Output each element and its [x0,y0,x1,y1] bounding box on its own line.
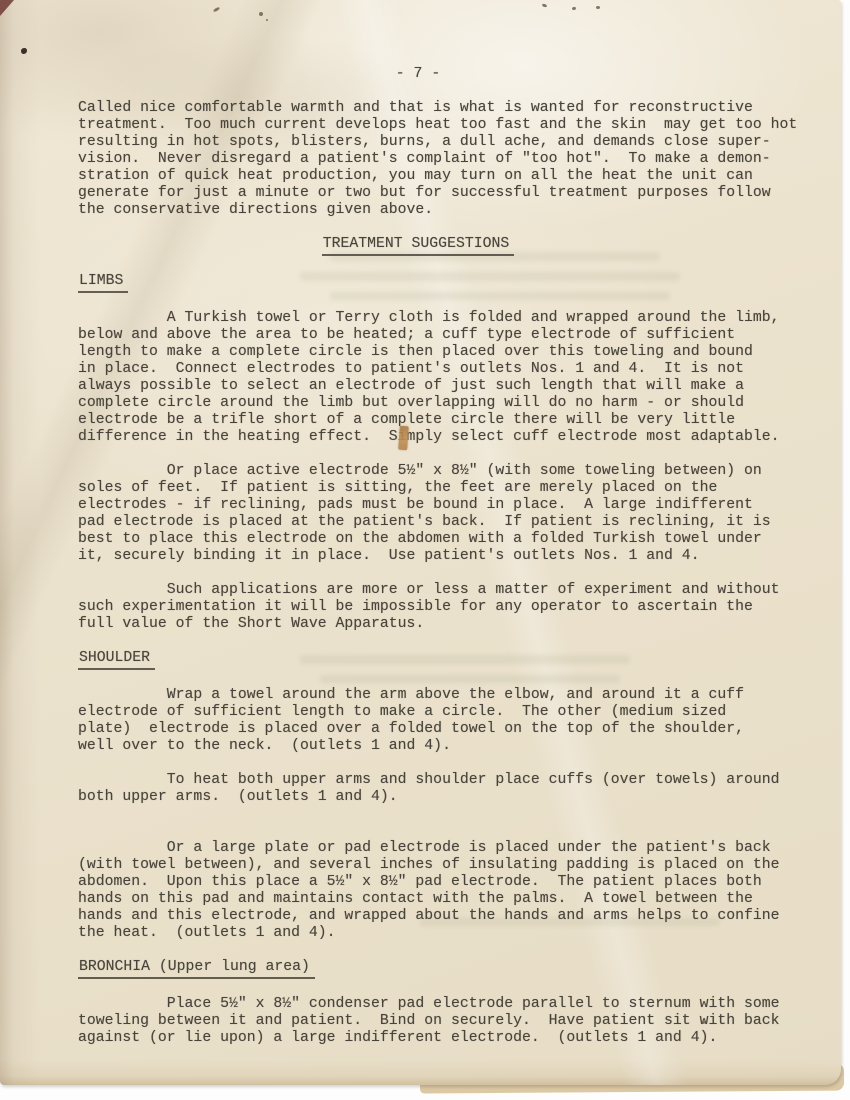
text-line: (with towel between), and several inches… [78,857,818,874]
ink-speck [21,48,27,54]
text-line: length to make a complete circle is then… [78,344,818,361]
text-line: the heat. (outlets 1 and 4). [78,925,818,942]
paragraph: Or a large plate or pad electrode is pla… [78,840,818,942]
paragraph: To heat both upper arms and shoulder pla… [78,772,818,806]
text-line: vision. Never disregard a patient's comp… [78,151,818,168]
text-line: against (or lie upon) a large indifferen… [78,1030,818,1047]
text-line: the conservative directions given above. [78,202,818,219]
text-line: To heat both upper arms and shoulder pla… [78,772,818,789]
paper-page: - 7 - Called nice comfortable warmth and… [0,0,841,1085]
text-line: electrodes - if reclining, pads must be … [78,497,818,514]
tape-stain-mark [398,426,409,451]
text-line: well over to the neck. (outlets 1 and 4)… [78,738,818,755]
section-heading-row: SHOULDER [78,650,818,670]
text-line: hands and this electrode, and wrapped ab… [78,908,818,925]
paragraph: Called nice comfortable warmth and that … [78,100,818,219]
scanned-document: - 7 - Called nice comfortable warmth and… [0,0,850,1100]
text-line: below and above the area to be heated; a… [78,327,818,344]
text-line: difference in the heating effect. Simply… [78,429,818,446]
ink-speck [259,12,263,16]
text-line: electrode be a trifle short of a complet… [78,412,818,429]
text-line: toweling between it and patient. Bind on… [78,1013,818,1030]
ink-speck [702,1021,705,1024]
text-line: always possible to select an electrode o… [78,378,818,395]
text-line: electrode of sufficient length to make a… [78,704,818,721]
text-line: Wrap a towel around the arm above the el… [78,687,818,704]
text-line: resulting in hot spots, blisters, burns,… [78,134,818,151]
text-line: such experimentation it will be impossib… [78,599,818,616]
paragraph: Wrap a towel around the arm above the el… [78,687,818,755]
paragraph: Such applications are more or less a mat… [78,582,818,633]
text-line: stration of quick heat production, you m… [78,168,818,185]
text-blocks: Called nice comfortable warmth and that … [78,100,818,1047]
text-line: full value of the Short Wave Apparatus. [78,616,818,633]
text-line: complete circle around the limb but over… [78,395,818,412]
section-heading-row: LIMBS [78,273,818,293]
text-line: Or a large plate or pad electrode is pla… [78,840,818,857]
text-line: treatment. Too much current develops hea… [78,117,818,134]
text-line: A Turkish towel or Terry cloth is folded… [78,310,818,327]
ink-speck [596,6,600,9]
text-line: generate for just a minute or two but fo… [78,185,818,202]
text-line: hands on this pad and maintains contact … [78,891,818,908]
section-heading: BRONCHIA (Upper lung area) [78,959,315,979]
typewritten-content: - 7 - Called nice comfortable warmth and… [78,0,818,1047]
text-line: both upper arms. (outlets 1 and 4). [78,789,818,806]
text-line: pad electrode is placed at the patient's… [78,514,818,531]
ink-speck [266,19,268,21]
text-line: soles of feet. If patient is sitting, th… [78,480,818,497]
text-line: Called nice comfortable warmth and that … [78,100,818,117]
text-line: Such applications are more or less a mat… [78,582,818,599]
text-line: best to place this electrode on the abdo… [78,531,818,548]
text-line: Place 5½" x 8½" condenser pad electrode … [78,996,818,1013]
paragraph: Place 5½" x 8½" condenser pad electrode … [78,996,818,1047]
text-line: it, securely binding it in place. Use pa… [78,548,818,565]
text-line: abdomen. Upon this place a 5½" x 8½" pad… [78,874,818,891]
section-heading-row: BRONCHIA (Upper lung area) [78,959,818,979]
text-line: plate) electrode is placed over a folded… [78,721,818,738]
paragraph: A Turkish towel or Terry cloth is folded… [78,310,818,446]
center-heading-row: TREATMENT SUGGESTIONS [78,236,758,256]
corner-stain-mark [0,0,14,16]
center-heading: TREATMENT SUGGESTIONS [322,236,514,256]
section-heading: LIMBS [78,273,128,293]
page-number: - 7 - [78,66,758,83]
section-heading: SHOULDER [78,650,155,670]
paragraph: Or place active electrode 5½" x 8½" (wit… [78,463,818,565]
text-line: Or place active electrode 5½" x 8½" (wit… [78,463,818,480]
text-line: in place. Connect electrodes to patient'… [78,361,818,378]
